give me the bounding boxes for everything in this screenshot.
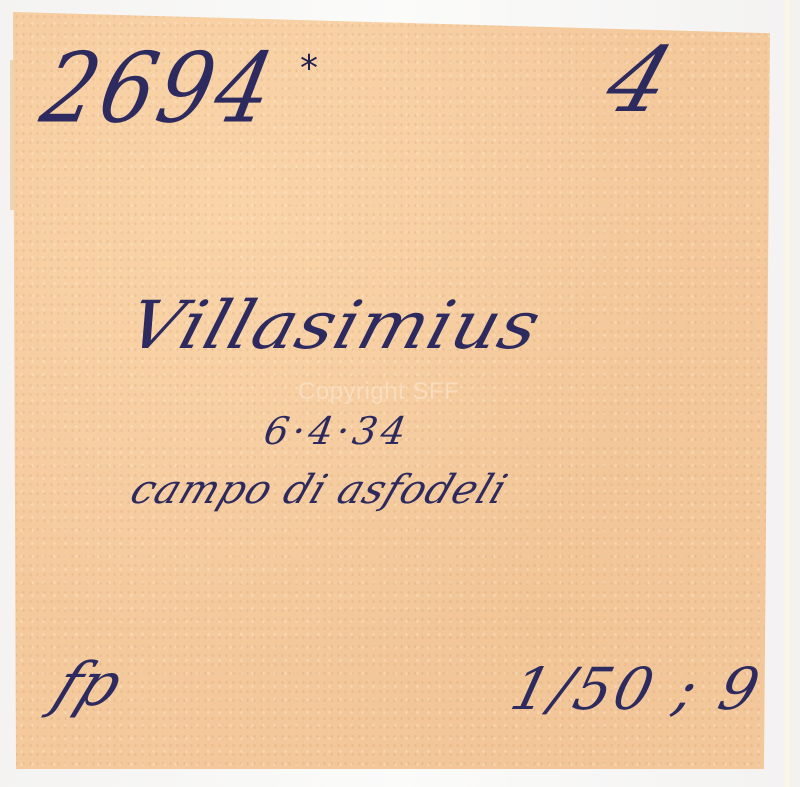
- date-text: 6·4·34: [261, 412, 413, 450]
- copyright-watermark: Copyright SFF: [298, 378, 459, 406]
- catalog-number: 2694: [34, 40, 284, 137]
- scan-background: 2694 * 4 Villasimius Copyright SFF 6·4·3…: [0, 0, 800, 787]
- star-icon: *: [300, 48, 318, 89]
- locality-text: Villasimius: [121, 292, 548, 358]
- exposure-text: 1/50 ; 9: [506, 660, 768, 718]
- right-sheet-edge: [784, 0, 792, 787]
- description-text: campo di asfodeli: [125, 470, 512, 510]
